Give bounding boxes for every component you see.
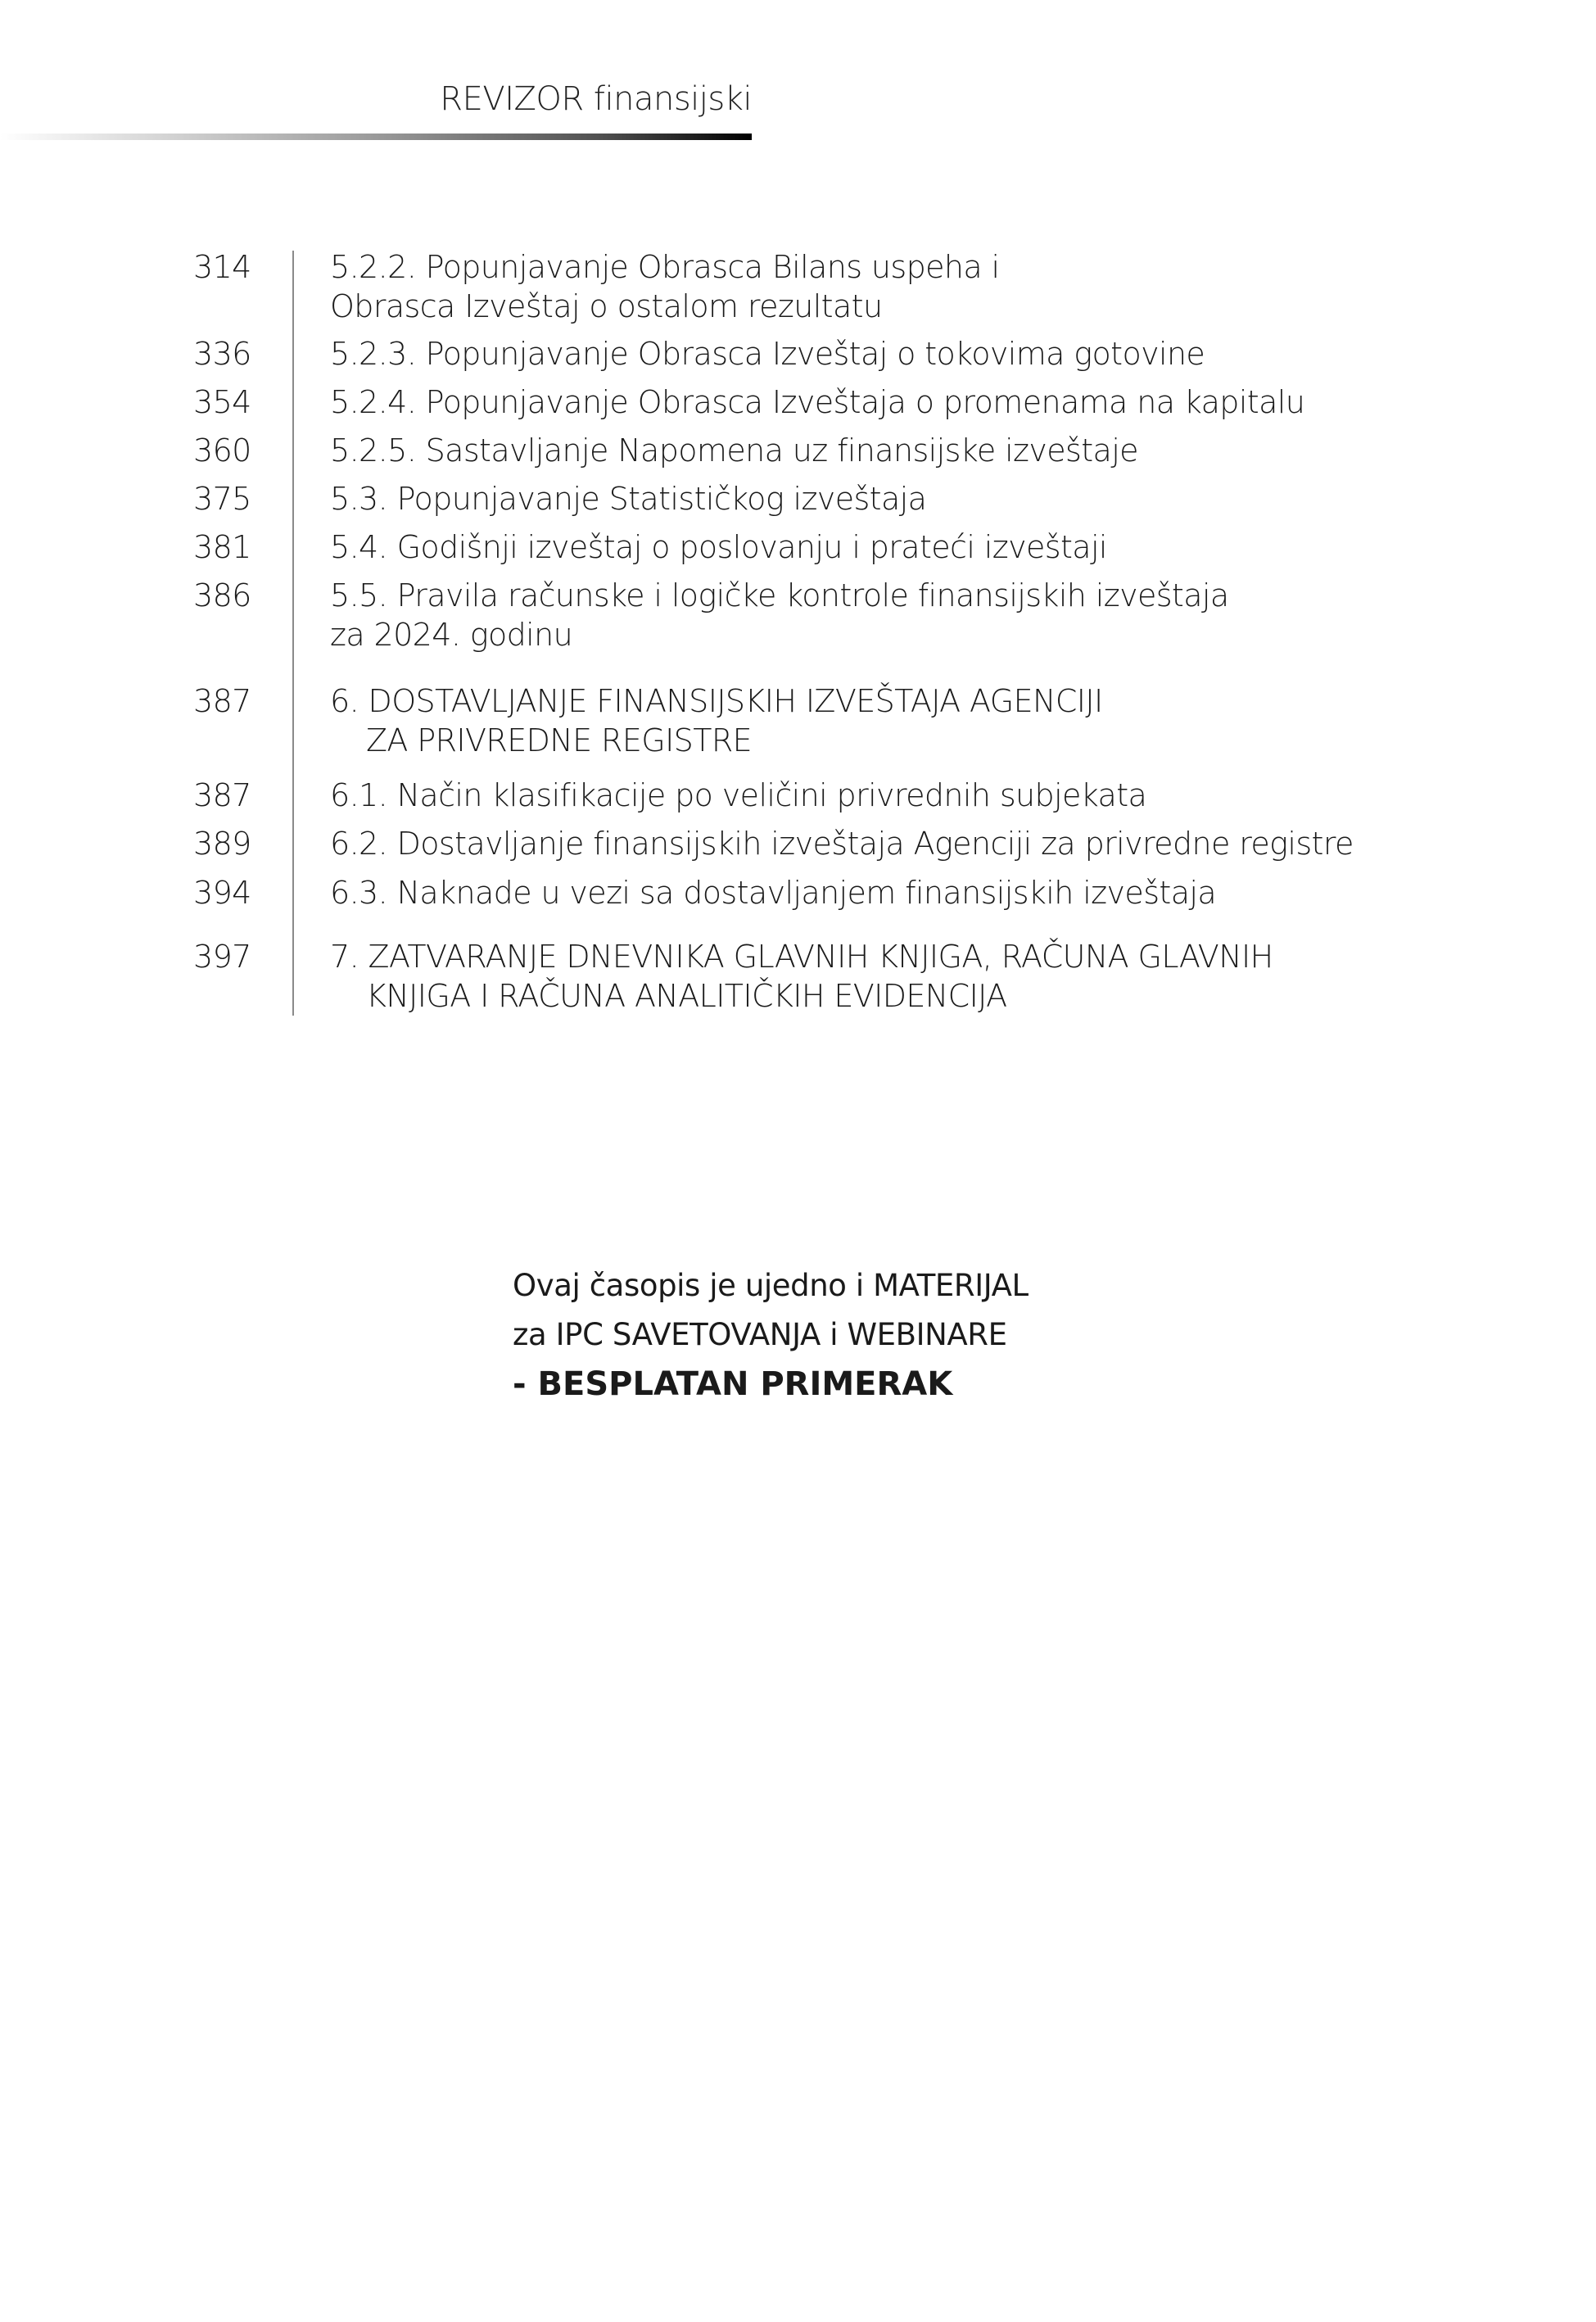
toc-page-number: 387 xyxy=(193,776,251,815)
toc-entry-title: 6. DOSTAVLJANJE FINANSIJSKIH IZVEŠTAJA A… xyxy=(330,681,1103,760)
toc-page-number: 336 xyxy=(193,334,251,373)
notice-free-copy-label: - BESPLATAN PRIMERAK xyxy=(513,1360,1029,1409)
toc-entry-title: 5.2.2. Popunjavanje Obrasca Bilans uspeh… xyxy=(330,247,1000,326)
toc-entry-title: 5.2.3. Popunjavanje Obrasca Izveštaj o t… xyxy=(330,334,1205,373)
toc-page-number: 360 xyxy=(193,431,251,470)
notice-line-1: Ovaj časopis je ujedno i MATERIJAL xyxy=(513,1261,1029,1310)
toc-page-number: 314 xyxy=(193,247,251,287)
toc-page-number: 397 xyxy=(193,937,251,976)
toc-entry-title: 7. ZATVARANJE DNEVNIKA GLAVNIH KNJIGA, R… xyxy=(330,937,1273,1016)
toc-page-number: 387 xyxy=(193,681,251,721)
toc-page-number: 354 xyxy=(193,382,251,422)
free-copy-notice: Ovaj časopis je ujedno i MATERIJAL za IP… xyxy=(513,1261,1029,1409)
toc-entry-title: 5.2.4. Popunjavanje Obrasca Izveštaja o … xyxy=(330,382,1304,422)
toc-entry-title: 6.2. Dostavljanje finansijskih izveštaja… xyxy=(330,824,1354,863)
toc-page-number: 389 xyxy=(193,824,251,863)
toc-entry-title: 5.4. Godišnji izveštaj o poslovanju i pr… xyxy=(330,527,1107,567)
running-title: REVIZOR finansijski xyxy=(0,80,752,118)
toc-divider-line xyxy=(292,251,294,1016)
header-gradient-rule xyxy=(0,134,752,140)
toc-entry-title: 5.3. Popunjavanje Statističkog izveštaja xyxy=(330,479,926,518)
toc-entry-title: 6.3. Naknade u vezi sa dostavljanjem fin… xyxy=(330,873,1216,912)
toc-page-number: 394 xyxy=(193,873,251,912)
toc-page-number: 386 xyxy=(193,576,251,615)
notice-line-2: za IPC SAVETOVANJA i WEBINARE xyxy=(513,1310,1029,1360)
toc-entry-title: 5.5. Pravila računske i logičke kontrole… xyxy=(330,576,1229,654)
toc-entry-title: 6.1. Način klasifikacije po veličini pri… xyxy=(330,776,1146,815)
toc-page-number: 375 xyxy=(193,479,251,518)
toc-entry-title: 5.2.5. Sastavljanje Napomena uz finansij… xyxy=(330,431,1138,470)
toc-page-number: 381 xyxy=(193,527,251,567)
